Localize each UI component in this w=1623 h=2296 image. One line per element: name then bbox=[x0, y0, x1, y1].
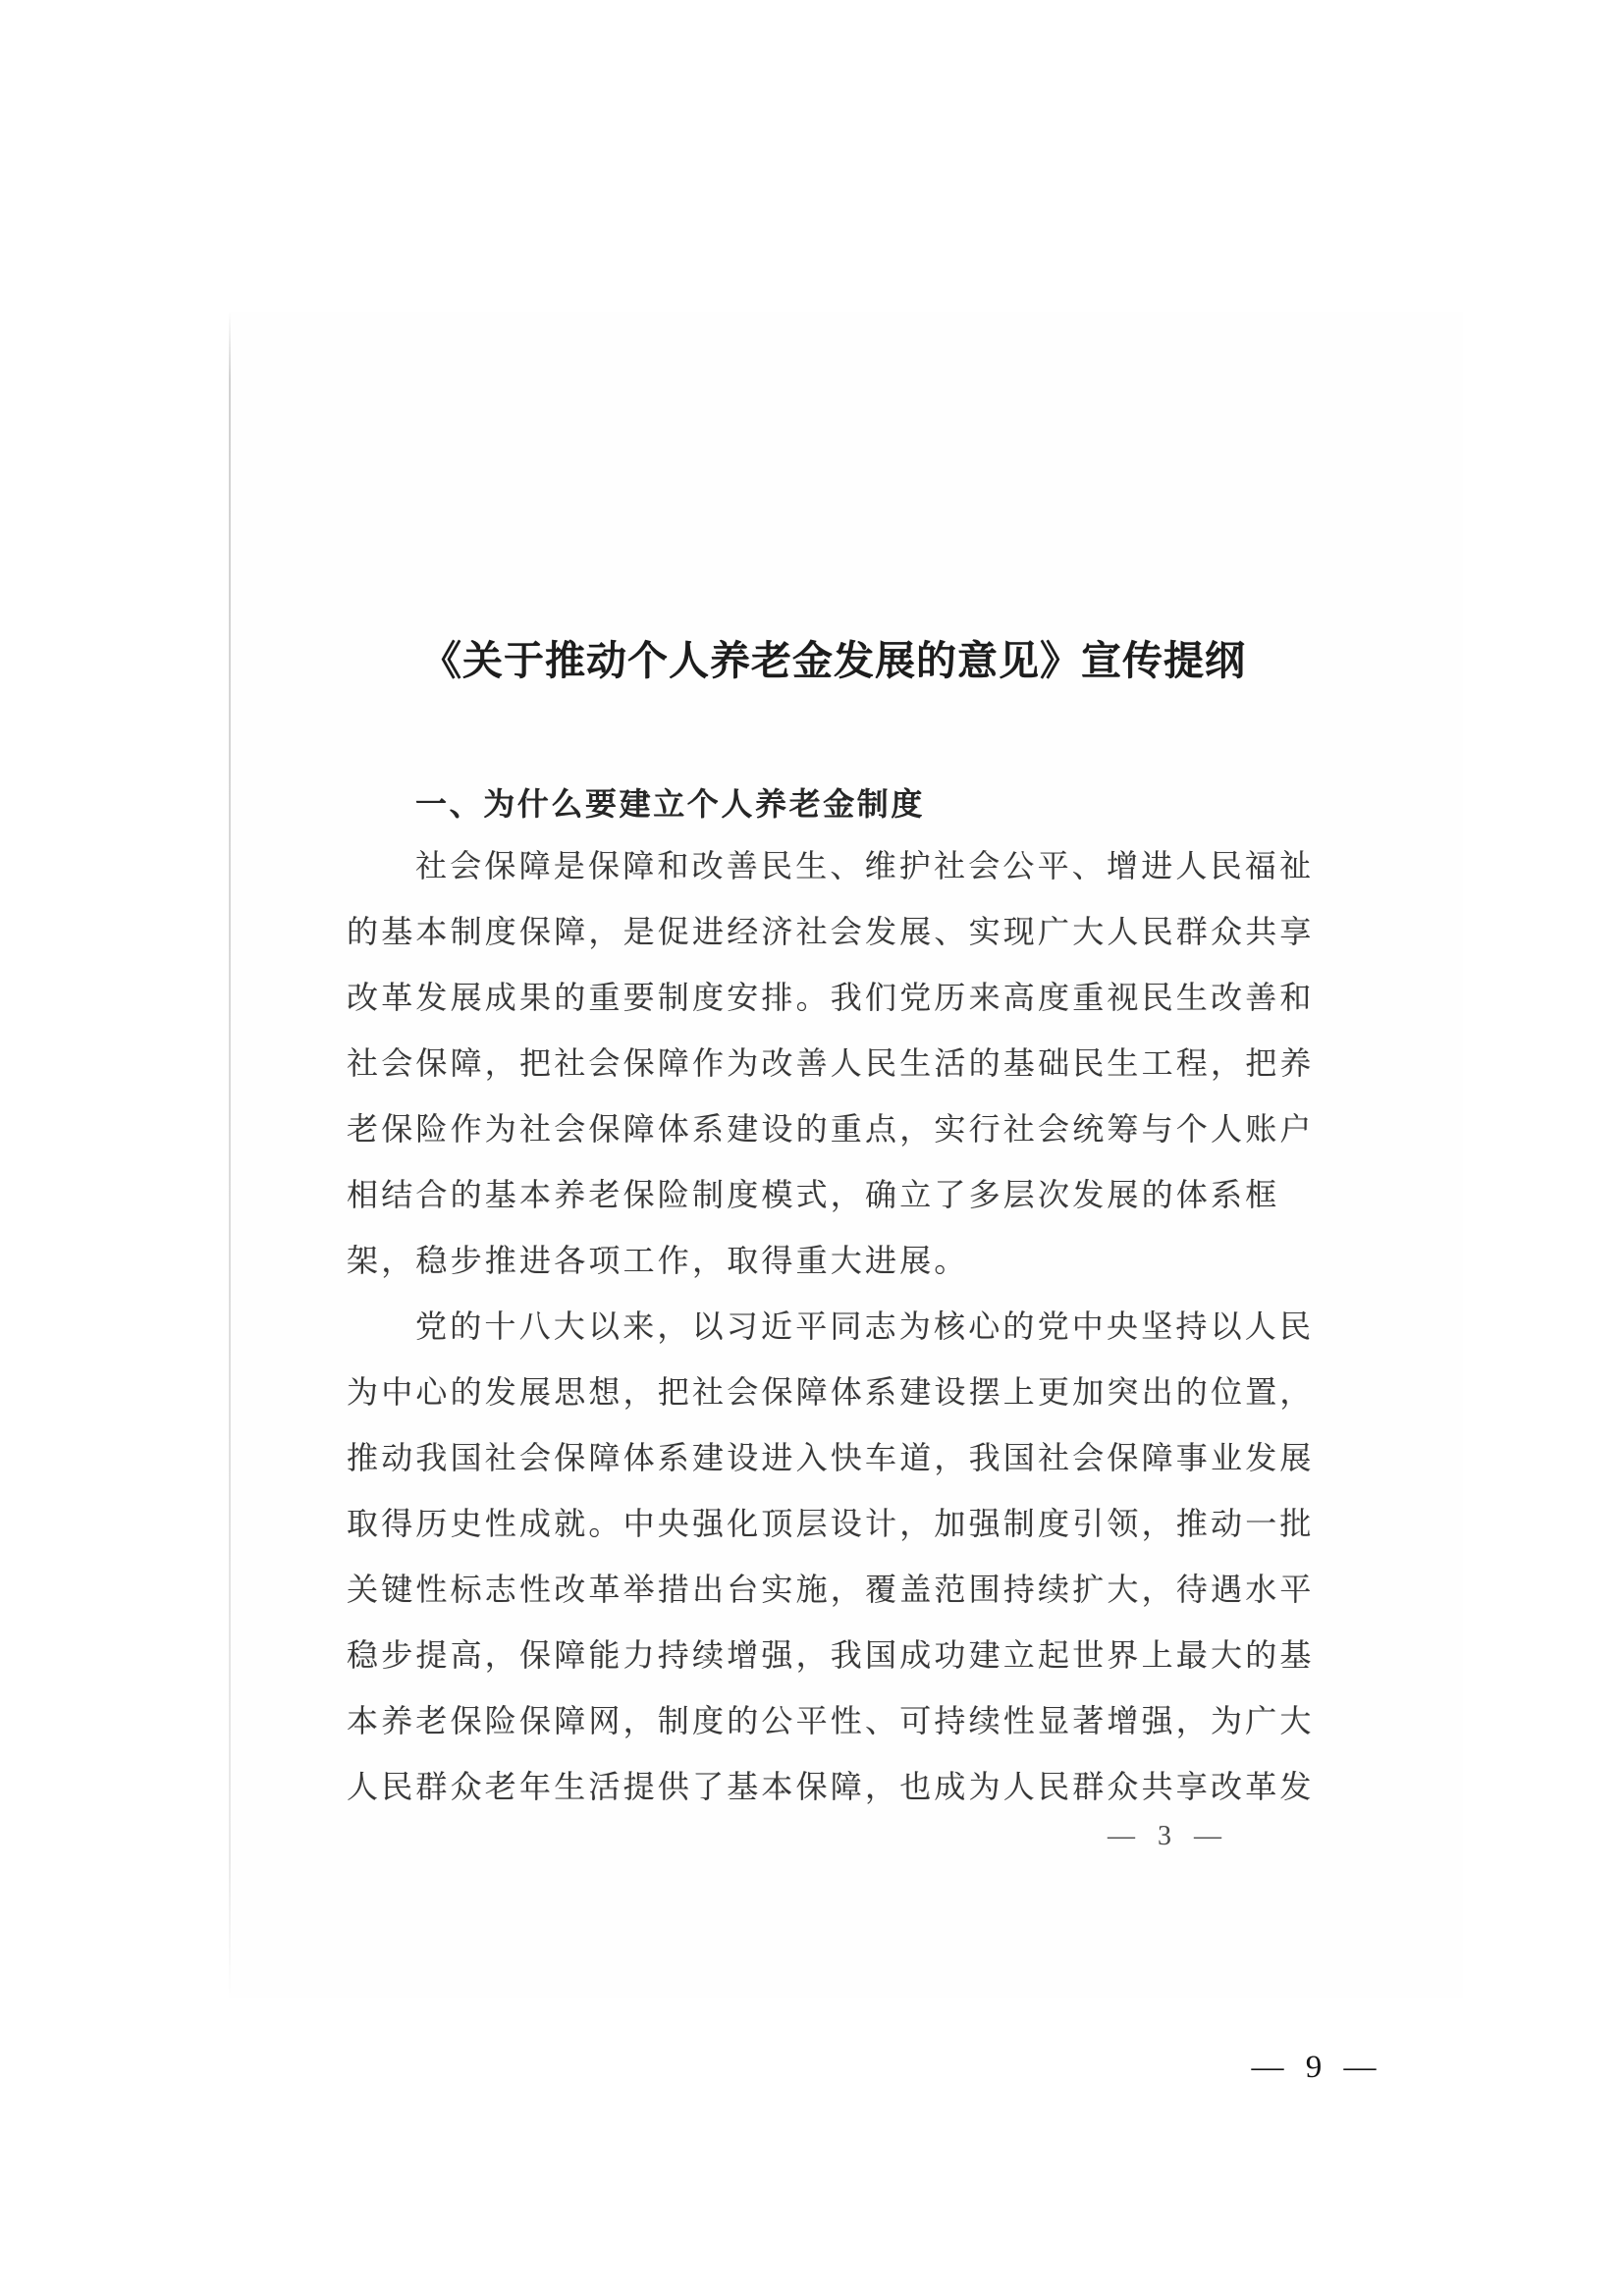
body-line: 社会保障，把社会保障作为改善人民生活的基础民生工程，把养 bbox=[347, 1031, 1328, 1096]
body-line: 社会保障是保障和改善民生、维护社会公平、增进人民福祉 bbox=[347, 833, 1328, 899]
body-line: 老保险作为社会保障体系建设的重点，实行社会统筹与个人账户 bbox=[347, 1096, 1328, 1162]
body-line: 党的十八大以来，以习近平同志为核心的党中央坚持以人民 bbox=[347, 1294, 1328, 1360]
body-line: 稳步提高，保障能力持续增强，我国成功建立起世界上最大的基 bbox=[347, 1623, 1328, 1688]
inner-page-number: — 3 — bbox=[1075, 1817, 1254, 1856]
body-line: 的基本制度保障，是促进经济社会发展、实现广大人民群众共享 bbox=[347, 899, 1328, 965]
scan-edge-line bbox=[229, 312, 231, 1998]
body-line: 为中心的发展思想，把社会保障体系建设摆上更加突出的位置， bbox=[347, 1360, 1328, 1425]
body-line: 人民群众老年生活提供了基本保障，也成为人民群众共享改革发 bbox=[347, 1754, 1328, 1820]
body-line: 本养老保险保障网，制度的公平性、可持续性显著增强，为广大 bbox=[347, 1688, 1328, 1754]
body-line: 架，稳步推进各项工作，取得重大进展。 bbox=[347, 1228, 1328, 1294]
document-body: 社会保障是保障和改善民生、维护社会公平、增进人民福祉 的基本制度保障，是促进经济… bbox=[347, 833, 1328, 1820]
body-line: 相结合的基本养老保险制度模式，确立了多层次发展的体系框 bbox=[347, 1162, 1328, 1228]
section-heading: 一、为什么要建立个人养老金制度 bbox=[415, 772, 925, 836]
body-line: 取得历史性成就。中央强化顶层设计，加强制度引领，推动一批 bbox=[347, 1491, 1328, 1557]
document-title: 《关于推动个人养老金发展的意见》宣传提纲 bbox=[347, 628, 1321, 693]
body-line: 推动我国社会保障体系建设进入快车道，我国社会保障事业发展 bbox=[347, 1425, 1328, 1491]
body-line: 改革发展成果的重要制度安排。我们党历来高度重视民生改善和 bbox=[347, 965, 1328, 1031]
outer-page-number: — 9 — bbox=[1230, 2047, 1397, 2088]
page-canvas: 《关于推动个人养老金发展的意见》宣传提纲 一、为什么要建立个人养老金制度 社会保… bbox=[0, 0, 1623, 2296]
body-line: 关键性标志性改革举措出台实施，覆盖范围持续扩大，待遇水平 bbox=[347, 1557, 1328, 1623]
